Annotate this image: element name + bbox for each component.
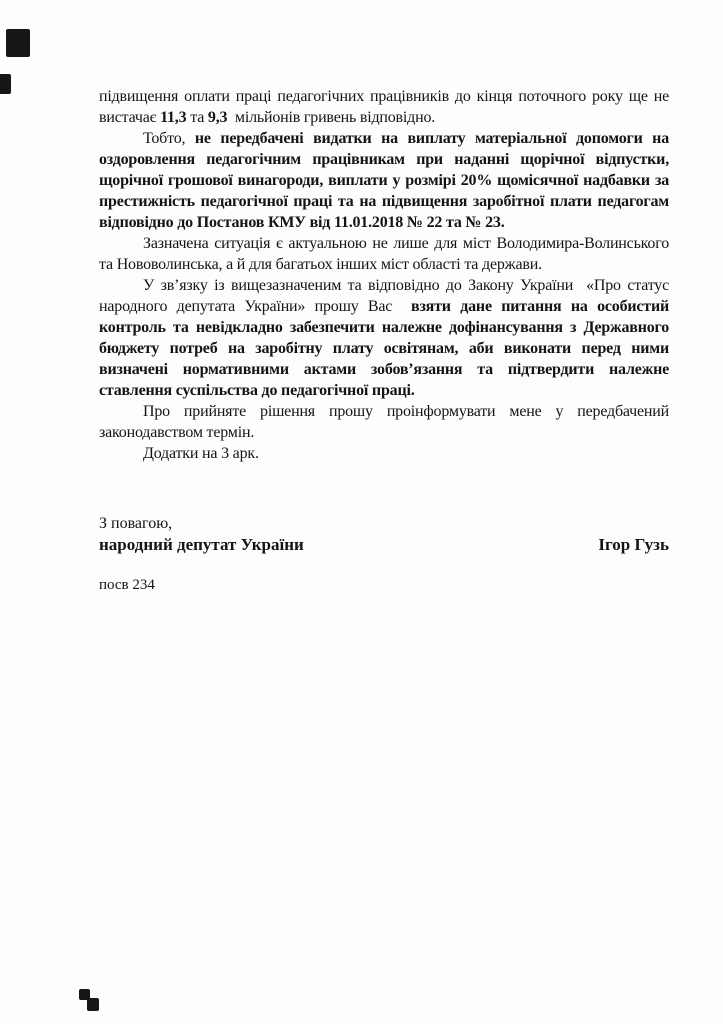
scan-mark-bottom-left-lower (87, 998, 99, 1011)
letter-line: народного депутата України» прошу Вас вз… (99, 296, 669, 317)
letter-line: престижність педагогічної праці та на пі… (99, 191, 669, 212)
scan-mark-top-left (6, 29, 30, 57)
signature-row: народний депутат України Ігор Гузь (99, 534, 669, 555)
text-run: народного депутата України» прошу Вас (99, 298, 411, 315)
text-run: та Нововолинська, а й для багатьох інших… (99, 256, 542, 273)
paragraph: Зазначена ситуація є актуальною не лише … (99, 233, 669, 275)
text-run: законодавством термін. (99, 424, 254, 441)
letter-line: вистачає 11,3 та 9,3 мільйонів гривень в… (99, 107, 669, 128)
text-run-bold: не передбачені видатки на виплату матері… (195, 130, 669, 147)
text-run: мільйонів гривень відповідно. (227, 109, 435, 126)
scan-mark-left-edge (0, 74, 11, 94)
text-run: Тобто, (143, 130, 195, 147)
letter-line: Додатки на 3 арк. (99, 443, 669, 464)
text-run: Зазначена ситуація є актуальною не лише … (143, 235, 669, 252)
letter-line: ставлення суспільства до педагогічної пр… (99, 380, 669, 401)
letter-line: законодавством термін. (99, 422, 669, 443)
letter-closing: З повагою, народний депутат України Ігор… (99, 513, 669, 595)
paragraph: У зв’язку із вищезазначеним та відповідн… (99, 275, 669, 401)
text-run-bold: відповідно до Постанов КМУ від 11.01.201… (99, 214, 505, 231)
letter-line: Зазначена ситуація є актуальною не лише … (99, 233, 669, 254)
letter-line: визначені нормативними актами зобов’язан… (99, 359, 669, 380)
paragraph: Про прийняте рішення прошу проінформуват… (99, 401, 669, 443)
text-run: Про прийняте рішення прошу проінформуват… (143, 403, 669, 420)
text-run-bold: престижність педагогічної праці та на пі… (99, 193, 669, 210)
document-page: підвищення оплати праці педагогічних пра… (0, 0, 723, 1024)
letter-line: Тобто, не передбачені видатки на виплату… (99, 128, 669, 149)
closing-salutation: З повагою, (99, 513, 669, 534)
text-run-bold: взяти дане питання на особистий (411, 298, 669, 315)
text-run-bold: ставлення суспільства до педагогічної пр… (99, 382, 415, 399)
text-run-bold: бюджету потреб на заробітну плату освітя… (99, 340, 669, 357)
text-run: Додатки на 3 арк. (143, 445, 259, 462)
paragraph: підвищення оплати праці педагогічних пра… (99, 86, 669, 128)
letter-line: щорічної грошової винагороди, виплати у … (99, 170, 669, 191)
letter-line: У зв’язку із вищезазначеним та відповідн… (99, 275, 669, 296)
text-run: та (186, 109, 208, 126)
paragraph: Тобто, не передбачені видатки на виплату… (99, 128, 669, 233)
closing-name: Ігор Гузь (598, 534, 669, 555)
letter-line: бюджету потреб на заробітну плату освітя… (99, 338, 669, 359)
letter-line: підвищення оплати праці педагогічних пра… (99, 86, 669, 107)
closing-credential: посв 234 (99, 576, 669, 595)
letter-line: відповідно до Постанов КМУ від 11.01.201… (99, 212, 669, 233)
letter-body: підвищення оплати праці педагогічних пра… (99, 86, 669, 464)
letter-line: контроль та невідкладно забезпечити нале… (99, 317, 669, 338)
letter-line: Про прийняте рішення прошу проінформуват… (99, 401, 669, 422)
text-run: У зв’язку із вищезазначеним та відповідн… (143, 277, 669, 294)
text-run: підвищення оплати праці педагогічних пра… (99, 88, 669, 105)
text-run-bold: визначені нормативними актами зобов’язан… (99, 361, 669, 378)
text-run-bold: 9,3 (208, 109, 227, 126)
text-run-bold: щорічної грошової винагороди, виплати у … (99, 172, 669, 189)
closing-position: народний депутат України (99, 534, 304, 555)
paragraph: Додатки на 3 арк. (99, 443, 669, 464)
text-run: вистачає (99, 109, 160, 126)
text-run-bold: контроль та невідкладно забезпечити нале… (99, 319, 669, 336)
letter-line: оздоровлення педагогічним працівникам пр… (99, 149, 669, 170)
letter-line: та Нововолинська, а й для багатьох інших… (99, 254, 669, 275)
text-run-bold: 11,3 (160, 109, 186, 126)
text-run-bold: оздоровлення педагогічним працівникам пр… (99, 151, 669, 168)
